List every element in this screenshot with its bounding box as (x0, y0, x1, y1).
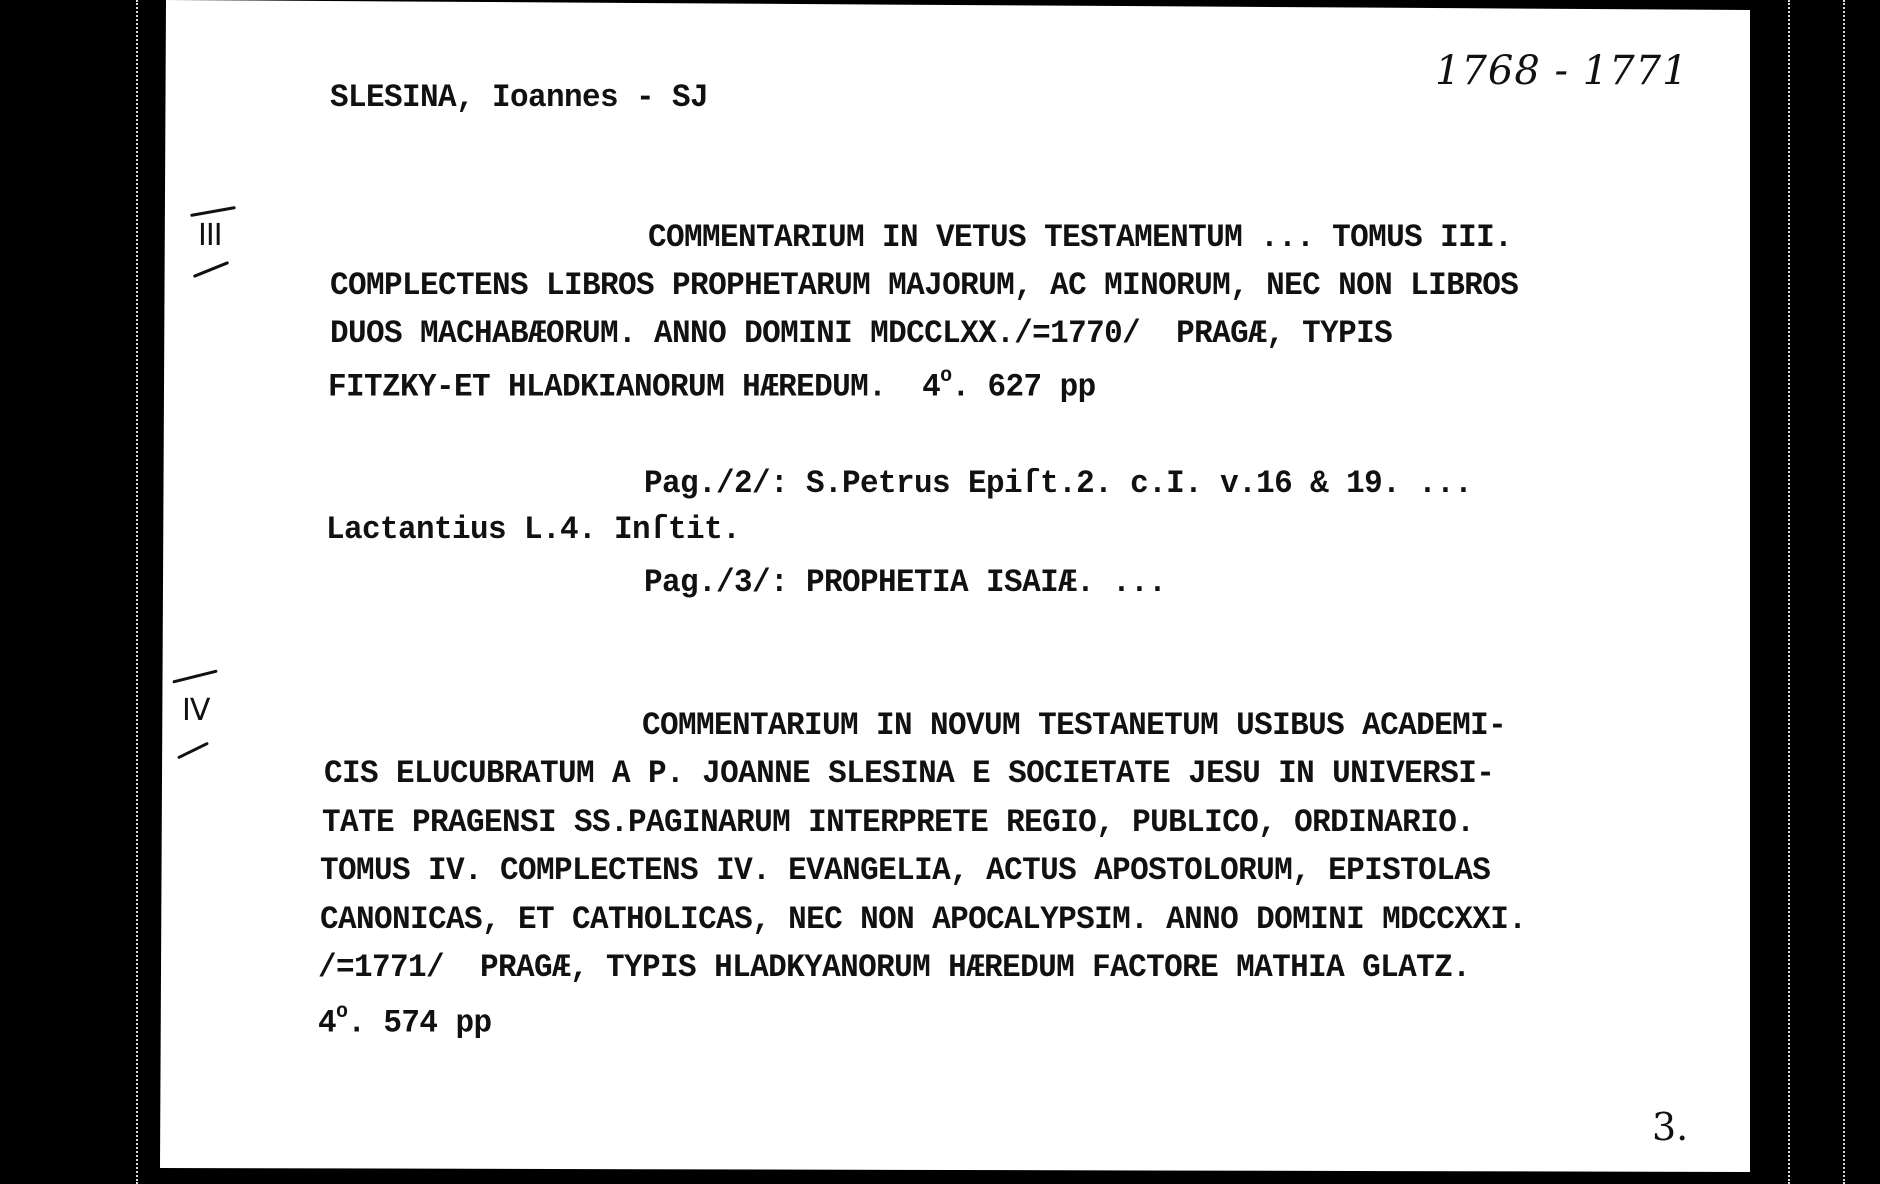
scan-margin-line-right-2 (1843, 0, 1845, 1184)
entry-line: TATE PRAGENSI SS.PAGINARUM INTERPRETE RE… (322, 805, 1474, 842)
pages-count: . 627 pp (952, 369, 1096, 406)
entry-line: COMMENTARIUM IN VETUS TESTAMENTUM ... TO… (648, 220, 1512, 257)
page-number: 3. (1652, 1105, 1688, 1149)
entry-line-imprint: FITZKY-ET HLADKIANORUM HÆREDUM. 4o. 627 … (328, 364, 1096, 406)
degree-sign: o (336, 1000, 347, 1024)
entry-line: TOMUS IV. COMPLECTENS IV. EVANGELIA, ACT… (320, 853, 1490, 890)
volume-mark-iv: IV (170, 665, 240, 760)
scan-margin-line-left (136, 0, 138, 1184)
entry-line: DUOS MACHABÆORUM. ANNO DOMINI MDCCLXX./=… (330, 316, 1392, 353)
note-line: Lactantius L.4. Inſtit. (326, 512, 740, 549)
note-line: Pag./2/: S.Petrus Epiſt.2. c.I. v.16 & 1… (644, 466, 1472, 503)
entry-line: CANONICAS, ET CATHOLICAS, NEC NON APOCAL… (320, 902, 1526, 939)
degree-sign: o (940, 364, 951, 388)
catalog-card: SLESINA, Ioannes - SJ 1768 - 1771 III CO… (160, 0, 1750, 1174)
entry-line-format: 4o. 574 pp (318, 1000, 491, 1042)
card-heading: SLESINA, Ioannes - SJ (330, 80, 708, 117)
entry-line: COMMENTARIUM IN NOVUM TESTANETUM USIBUS … (642, 708, 1506, 745)
volume-mark-iii: III (188, 200, 248, 280)
entry-line: COMPLECTENS LIBROS PROPHETARUM MAJORUM, … (330, 268, 1518, 305)
scan-margin-line-right-1 (1788, 0, 1790, 1184)
handwritten-dates: 1768 - 1771 (1435, 48, 1689, 94)
note-line: Pag./3/: PROPHETIA ISAIÆ. ... (644, 565, 1166, 602)
format-number: 4 (318, 1005, 336, 1042)
entry-line: /=1771/ PRAGÆ, TYPIS HLADKYANORUM HÆREDU… (318, 950, 1470, 987)
pages-count: . 574 pp (347, 1005, 491, 1042)
entry-line: CIS ELUCUBRATUM A P. JOANNE SLESINA E SO… (324, 756, 1494, 793)
format-number: 4 (922, 369, 940, 406)
imprint-text: FITZKY-ET HLADKIANORUM HÆREDUM. (328, 369, 886, 406)
